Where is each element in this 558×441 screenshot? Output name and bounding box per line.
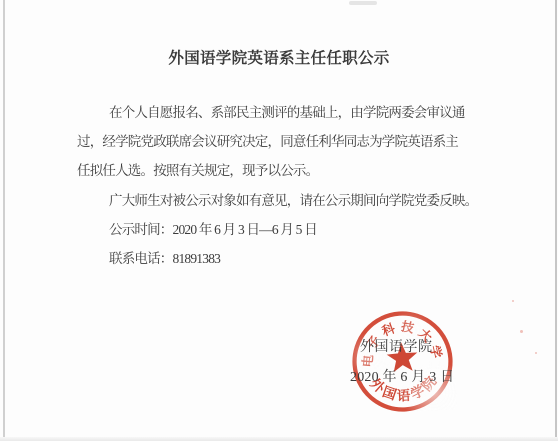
body-line: 任拟任人选。按照有关规定，现予以公示。 <box>77 159 497 188</box>
body-line: 在个人自愿报名、系部民主测评的基础上，由学院两委会审议通 <box>77 101 497 130</box>
scan-edge-bottom <box>0 437 558 441</box>
official-seal: 电子科技大学 外国语学院 <box>348 307 458 417</box>
scan-smudge <box>349 1 377 5</box>
ink-speckle <box>535 352 537 354</box>
seal-graphic: 电子科技大学 外国语学院 <box>348 307 458 417</box>
document-body: 在个人自愿报名、系部民主测评的基础上，由学院两委会审议通 过，经学院党政联席会议… <box>77 101 497 276</box>
signature-unit: 外国语学院 <box>360 336 433 356</box>
body-line: 广大师生对被公示对象如有意见，请在公示期间向学院党委反映。 <box>77 189 497 218</box>
contact-phone-line: 联系电话：81891383 <box>77 247 497 276</box>
signature-date: 2020 年 6 月 3 日 <box>350 366 454 386</box>
document-title: 外国语学院英语系主任任职公示 <box>0 46 558 68</box>
announcement-period-line: 公示时间：2020 年 6 月 3 日—6 月 5 日 <box>77 218 497 247</box>
ink-speckle <box>512 300 514 302</box>
document-page: 外国语学院英语系主任任职公示 在个人自愿报名、系部民主测评的基础上，由学院两委会… <box>0 0 558 441</box>
ink-speckle <box>520 330 523 333</box>
body-line: 过，经学院党政联席会议研究决定，同意任利华同志为学院英语系主 <box>77 130 497 159</box>
